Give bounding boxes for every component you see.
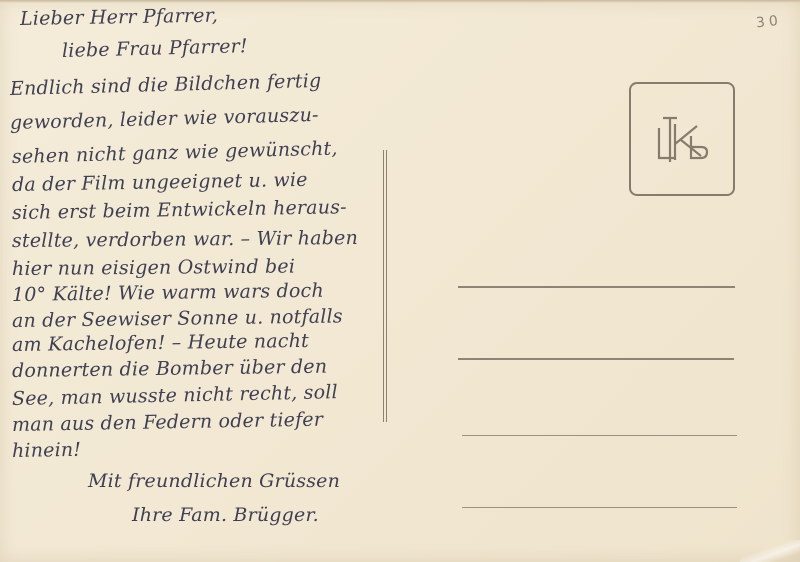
card-edge: [0, 0, 800, 3]
message-line: sehen nicht ganz wie gewünscht,: [12, 137, 338, 168]
message-line: donnerten die Bomber über den: [12, 356, 328, 382]
message-line: Endlich sind die Bildchen fertig: [10, 70, 322, 100]
message-line: 10° Kälte! Wie warm wars doch: [12, 280, 324, 306]
message-line: hinein!: [12, 439, 82, 462]
message-line: sich erst beim Entwickeln heraus-: [12, 196, 347, 224]
address-line-1: [458, 286, 735, 288]
postcard: 30 Lieber Herr Pfarrer, liebe Frau Pfarr…: [0, 0, 800, 562]
corner-crease: [740, 540, 800, 562]
message-line: geworden, leider wie vorauszu-: [10, 104, 319, 134]
address-line-2: [458, 358, 734, 360]
corner-number: 30: [755, 13, 782, 32]
message-line: am Kachelofen! – Heute nacht: [12, 330, 309, 356]
closing: Mit freundlichen Grüssen: [88, 470, 340, 492]
address-line-3: [462, 435, 737, 436]
address-line-4: [462, 507, 737, 508]
signature: Ihre Fam. Brügger.: [132, 504, 319, 526]
stamp-box: [629, 82, 735, 196]
salutation-line-2: liebe Frau Pfarrer!: [62, 35, 248, 62]
salutation-line-1: Lieber Herr Pfarrer,: [20, 5, 218, 30]
message-line: hier nun eisigen Ostwind bei: [12, 256, 295, 280]
vertical-divider: [383, 150, 387, 422]
message-line: da der Film ungeeignet u. wie: [12, 169, 308, 196]
message-line: an der Seewiser Sonne u. notfalls: [12, 305, 343, 332]
message-line: man aus den Federn oder tiefer: [12, 409, 323, 436]
ltkb-monogram-icon: [651, 106, 717, 172]
message-line: stellte, verdorben war. – Wir haben: [12, 227, 358, 252]
message-line: See, man wusste nicht recht, soll: [12, 381, 338, 410]
